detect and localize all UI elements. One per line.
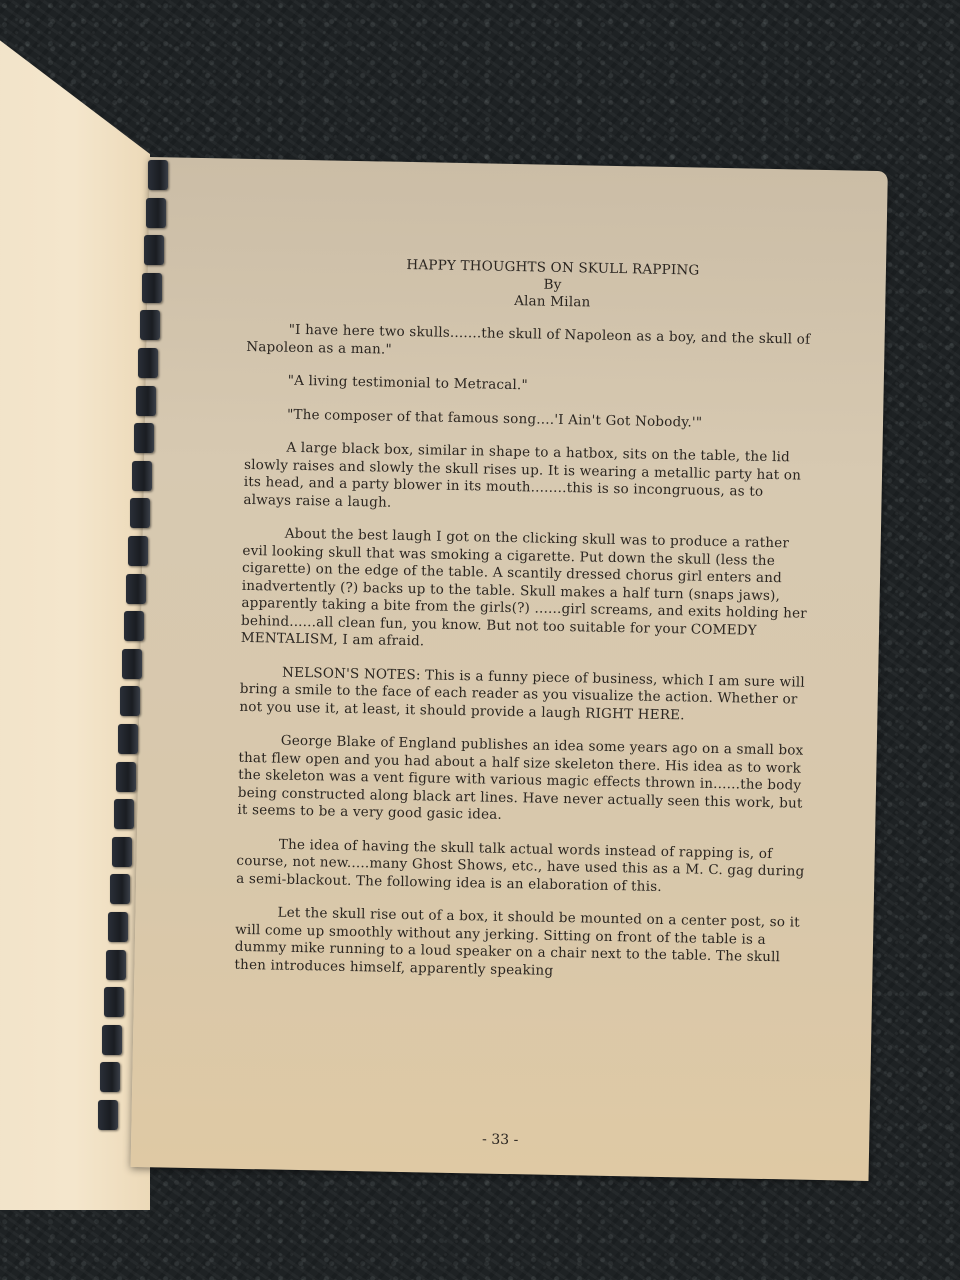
binding-coil xyxy=(124,611,144,641)
title-block: HAPPY THOUGHTS ON SKULL RAPPING By Alan … xyxy=(247,254,818,316)
paragraph: About the best laugh I got on the clicki… xyxy=(241,525,813,658)
binding-coil xyxy=(120,686,140,716)
page-text: HAPPY THOUGHTS ON SKULL RAPPING By Alan … xyxy=(234,254,818,1001)
binding-coil xyxy=(108,912,128,942)
book-page: HAPPY THOUGHTS ON SKULL RAPPING By Alan … xyxy=(131,157,888,1181)
binding-coil xyxy=(144,235,164,265)
paragraph: "A living testimonial to Metracal." xyxy=(246,372,816,400)
binding-coil xyxy=(112,837,132,867)
binding-coil xyxy=(142,273,162,303)
spiral-binding xyxy=(140,160,180,1140)
paragraph-nelsons-notes: NELSON'S NOTES: This is a funny piece of… xyxy=(239,663,810,726)
binding-coil xyxy=(102,1025,122,1055)
page-number: - 33 - xyxy=(131,1125,869,1155)
binding-coil xyxy=(126,574,146,604)
binding-coil xyxy=(138,348,158,378)
binding-coil xyxy=(106,950,126,980)
paragraph: The idea of having the skull talk actual… xyxy=(236,835,807,898)
binding-coil xyxy=(98,1100,118,1130)
binding-coil xyxy=(136,386,156,416)
paragraph: A large black box, similar in shape to a… xyxy=(243,439,814,520)
binding-coil xyxy=(132,461,152,491)
binding-coil xyxy=(116,762,136,792)
paragraph: "I have here two skulls.......the skull … xyxy=(246,321,817,367)
binding-coil xyxy=(118,724,138,754)
binding-coil xyxy=(122,649,142,679)
binding-coil xyxy=(130,498,150,528)
paragraph: Let the skull rise out of a box, it shou… xyxy=(234,904,805,985)
binding-coil xyxy=(110,874,130,904)
paragraph: "The composer of that famous song....'I … xyxy=(245,405,815,433)
binding-coil xyxy=(134,423,154,453)
binding-coil xyxy=(114,799,134,829)
binding-coil xyxy=(140,310,160,340)
binding-coil xyxy=(104,987,124,1017)
binding-coil xyxy=(128,536,148,566)
binding-coil xyxy=(148,160,168,190)
binding-coil xyxy=(146,198,166,228)
paragraph: George Blake of England publishes an ide… xyxy=(237,732,809,830)
left-page-curl xyxy=(0,10,150,1210)
binding-coil xyxy=(100,1062,120,1092)
